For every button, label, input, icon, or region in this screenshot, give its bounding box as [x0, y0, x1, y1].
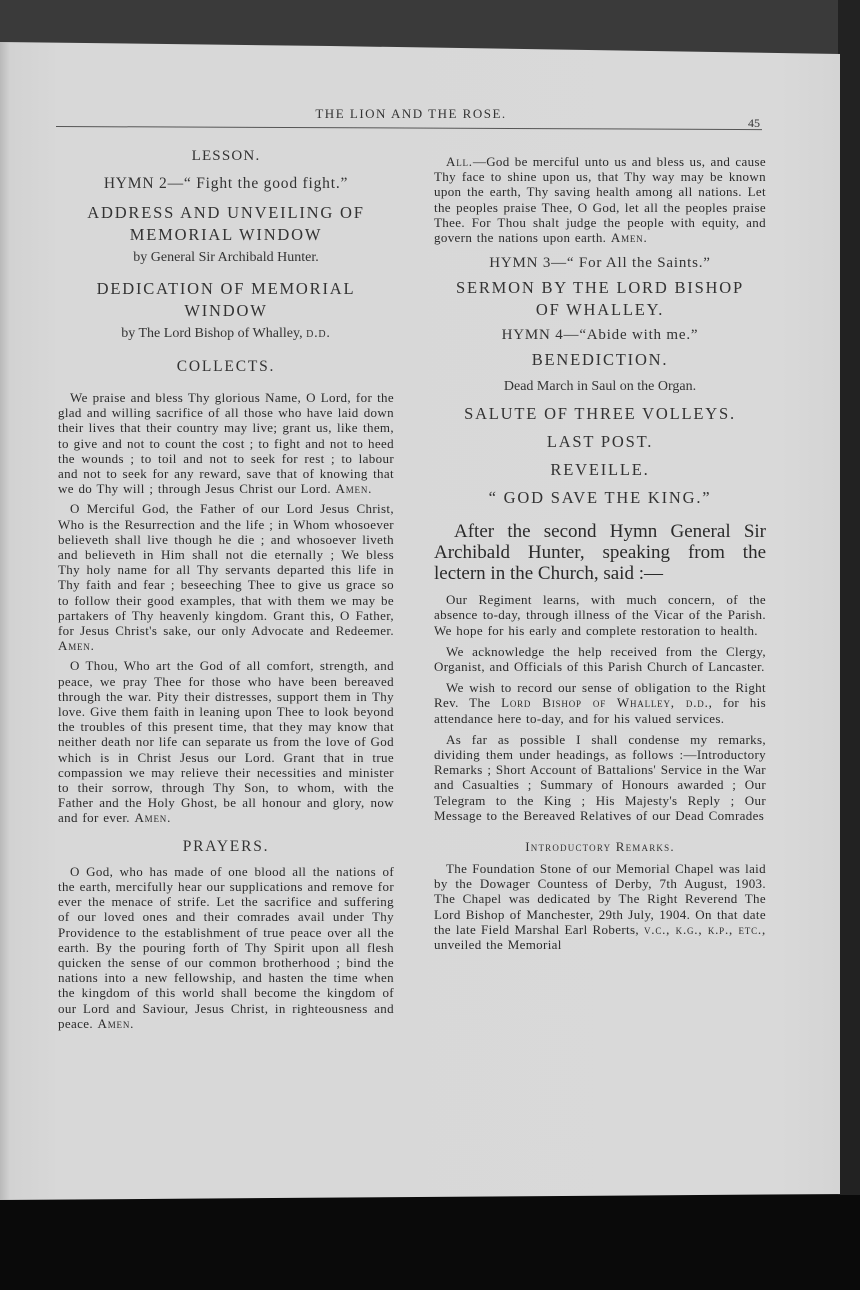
prayer-1: O God, who has made of one blood all the…: [58, 864, 394, 1031]
running-head: THE LION AND THE ROSE. 45: [56, 106, 766, 128]
speech-para-5-honours: v.c., k.g., k.p., etc.,: [644, 922, 766, 937]
hymn-2: HYMN 2—“ Fight the good fight.”: [58, 174, 394, 194]
hymn-3: HYMN 3—“ For All the Saints.”: [434, 253, 766, 273]
collect-2: O Merciful God, the Father of our Lord J…: [58, 501, 394, 653]
amen: Amen.: [336, 481, 373, 496]
introductory-remarks-heading: Introductory Remarks.: [434, 839, 766, 855]
speech-para-5-b: unveiled the Memorial: [434, 937, 562, 952]
all-label: All.: [446, 154, 473, 169]
last-post: LAST POST.: [434, 431, 766, 453]
speech-para-5: The Foundation Stone of our Memorial Cha…: [434, 861, 766, 952]
photo-backdrop-right: [838, 0, 860, 1290]
amen: Amen.: [611, 230, 648, 245]
all-response: All.—God be merciful unto us and bless u…: [434, 154, 766, 245]
lesson-heading: LESSON.: [58, 146, 394, 166]
all-text: —God be merciful unto us and bless us, a…: [434, 154, 766, 245]
dedication-heading-line1: DEDICATION OF MEMORIAL: [58, 278, 394, 300]
collect-3-text: O Thou, Who art the God of all comfort, …: [58, 658, 394, 825]
prayers-heading: PRAYERS.: [58, 836, 394, 858]
collect-3: O Thou, Who art the God of all comfort, …: [58, 658, 394, 825]
prayer-1-text: O God, who has made of one blood all the…: [58, 864, 394, 1031]
speech-para-3: We wish to record our sense of obligatio…: [434, 680, 766, 726]
speech-para-2: We acknowledge the help received from th…: [434, 644, 766, 674]
address-heading-line2: MEMORIAL WINDOW: [58, 224, 394, 246]
running-title: THE LION AND THE ROSE.: [56, 106, 766, 122]
address-heading-line1: ADDRESS AND UNVEILING OF: [58, 202, 394, 224]
speech-intro: After the second Hymn General Sir Archib…: [434, 521, 766, 584]
amen: Amen.: [58, 638, 95, 653]
sermon-heading-line1: SERMON BY THE LORD BISHOP: [434, 277, 766, 299]
collects-heading: COLLECTS.: [58, 356, 394, 378]
god-save-the-king: “ GOD SAVE THE KING.”: [434, 487, 766, 509]
address-by: by General Sir Archibald Hunter.: [58, 248, 394, 268]
speech-para-1: Our Regiment learns, with much concern, …: [434, 592, 766, 638]
amen: Amen.: [98, 1016, 135, 1031]
amen: Amen.: [134, 810, 171, 825]
benediction: BENEDICTION.: [434, 349, 766, 371]
speech-para-3-title: Lord Bishop of Whalley, d.d.: [501, 695, 709, 710]
photo-backdrop-bottom: [0, 1195, 860, 1290]
collect-2-text: O Merciful God, the Father of our Lord J…: [58, 501, 394, 638]
collect-1: We praise and bless Thy glorious Name, O…: [58, 390, 394, 496]
dedication-by-degree: d.d.: [306, 326, 331, 341]
left-column: LESSON. HYMN 2—“ Fight the good fight.” …: [58, 140, 394, 1031]
dedication-heading-line2: WINDOW: [58, 300, 394, 322]
dead-march: Dead March in Saul on the Organ.: [434, 377, 766, 397]
right-column: All.—God be merciful unto us and bless u…: [434, 140, 766, 952]
salute-heading: SALUTE OF THREE VOLLEYS.: [434, 403, 766, 425]
hymn-4: HYMN 4—“Abide with me.”: [434, 325, 766, 345]
speech-para-4: As far as possible I shall condense my r…: [434, 732, 766, 823]
dedication-by-text: by The Lord Bishop of Whalley,: [121, 326, 306, 341]
dedication-by: by The Lord Bishop of Whalley, d.d.: [58, 324, 394, 344]
sermon-heading-line2: OF WHALLEY.: [434, 299, 766, 321]
reveille: REVEILLE.: [434, 459, 766, 481]
